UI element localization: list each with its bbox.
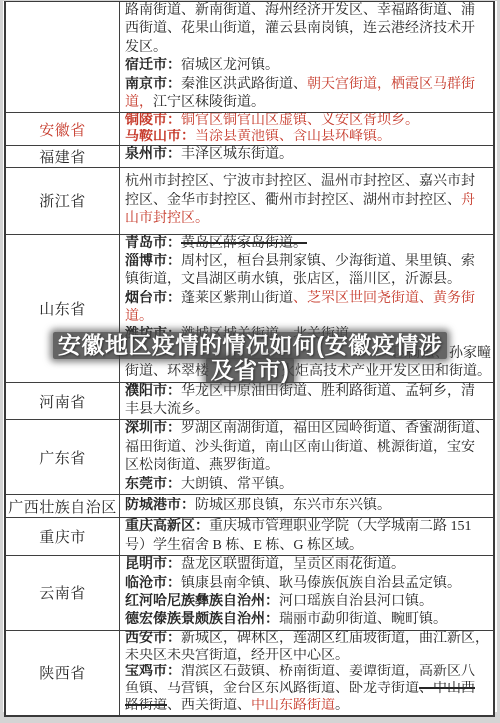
- text-segment: 泉州市：: [125, 147, 181, 162]
- text-segment: 杭州市封控区、宁波市封控区、温州市封控区、嘉兴市封: [125, 174, 475, 189]
- text-line: 道，江宁区秣陵街道。: [125, 94, 491, 112]
- text-segment: 德宏傣族景颇族自治州：: [125, 612, 279, 627]
- article-title-overlay: 安徽地区疫情的情况如何(安徽疫情涉 及省市): [0, 332, 500, 383]
- text-line: 烟台市：蓬莱区紫荆山街道、芝罘区世回尧街道、黄务街: [125, 290, 491, 308]
- text-segment: 淄博市：: [125, 254, 181, 269]
- text-segment: 昆明市：: [125, 557, 181, 572]
- text-segment: 防城区那良镇，东兴市东兴镇。: [195, 498, 391, 513]
- table-row: 广西壮族自治区防城港市：防城区那良镇，东兴市东兴镇。: [6, 494, 493, 517]
- text-segment: 区松岗街道、燕罗街道。: [125, 458, 279, 473]
- text-segment: 临沧市：: [125, 576, 181, 591]
- region-detail-cell: 西安市：新城区，碑林区，莲湖区红庙坡街道，曲江新区，未央区未央宫街道，经开区中心…: [120, 631, 493, 715]
- text-segment: 重庆高新区：: [125, 519, 209, 534]
- text-line: 临沧市：镇康县南伞镇、耿马傣族佤族自治县孟定镇。: [125, 575, 491, 593]
- article-title-line2: 及省市): [206, 358, 295, 383]
- text-segment: 山市封控区。: [125, 211, 209, 226]
- province-cell: 云南省: [6, 556, 120, 630]
- text-segment: 铜陵市：: [125, 113, 181, 128]
- text-segment: 朝天宫街道，栖霞区马群街: [307, 77, 475, 92]
- text-line: 镇街道，文昌湖区萌水镇，张店区，淄川区，沂源县。: [125, 271, 491, 289]
- region-detail-cell: 防城港市：防城区那良镇，东兴市东兴镇。: [120, 495, 493, 517]
- text-line: 丰县大流乡。: [125, 401, 491, 419]
- text-segment: 宿迁市：: [125, 58, 181, 73]
- text-line: 号）学生宿舍 B 栋、E 栋、G 栋区域。: [125, 537, 491, 555]
- text-segment: 未央区未央宫街道，经开区中心区。: [125, 648, 349, 663]
- province-cell: 广西壮族自治区: [6, 495, 120, 517]
- text-segment: 镇康县南伞镇、耿马傣族佤族自治县孟定镇。: [181, 576, 461, 591]
- text-line: 防城港市：防城区那良镇，东兴市东兴镇。: [125, 497, 491, 515]
- text-segment: 。: [335, 698, 349, 713]
- text-line: 南京市：秦淮区洪武路街道、朝天宫街道，栖霞区马群街: [125, 76, 491, 94]
- text-line: 重庆高新区：重庆城市管理职业学院（大学城南二路 151: [125, 518, 491, 536]
- text-segment: 舟: [461, 193, 475, 208]
- text-line: 青岛市：黄岛区薛家岛街道。: [125, 235, 491, 253]
- text-line: 铜陵市：铜官区铜官山区虚镇、义安区胥坝乡。: [125, 113, 491, 129]
- text-line: 马鞍山市：当涂县黄池镇、含山县环峰镇。: [125, 129, 491, 145]
- text-line: 宝鸡市：渭滨区石鼓镇、桥南街道、姜谭街道，高新区八: [125, 664, 491, 681]
- province-cell: 重庆市: [6, 518, 120, 555]
- region-detail-cell: 深圳市：罗湖区南湖街道，福田区园岭街道、香蜜湖街道、福田街道、沙头街道，南山区南…: [120, 420, 493, 494]
- text-line: 濮阳市：华龙区中原油田街道、胜利路街道、孟轲乡，清: [125, 383, 491, 401]
- text-segment: 南京市：: [125, 77, 181, 92]
- text-segment: 盘龙区联盟街道，呈贡区雨花街道。: [181, 557, 405, 572]
- region-detail-cell: 濮阳市：华龙区中原油田街道、胜利路街道、孟轲乡，清丰县大流乡。: [120, 383, 493, 420]
- province-cell: 河南省: [6, 383, 120, 420]
- text-line: 控区、金华市封控区、衢州市封控区、湖州市封控区、舟: [125, 192, 491, 210]
- text-segment: 、西关街道、: [167, 698, 251, 713]
- text-segment: 鱼镇、马营镇，金台区东风路街道、卧龙寺街道: [125, 681, 419, 696]
- text-line: 道。: [125, 308, 491, 326]
- table-row: 广东省深圳市：罗湖区南湖街道，福田区园岭街道、香蜜湖街道、福田街道、沙头街道，南…: [6, 419, 493, 494]
- text-segment: 路南街道、新南街道、海州经济开发区、幸福路街道、浦: [125, 3, 475, 18]
- text-segment: 路街道: [125, 698, 167, 713]
- text-segment: 大朗镇、常平镇。: [181, 477, 293, 492]
- text-line: 福田街道、沙头街道，南山区南山街道、桃源街道，宝安: [125, 439, 491, 457]
- text-line: 鱼镇、马营镇，金台区东风路街道、卧龙寺街道、中山西: [125, 681, 491, 698]
- province-cell: 广东省: [6, 420, 120, 494]
- text-segment: 新城区，碑林区，莲湖区红庙坡街道，曲江新区，: [181, 631, 489, 646]
- table-row: 重庆市重庆高新区：重庆城市管理职业学院（大学城南二路 151号）学生宿舍 B 栋…: [6, 517, 493, 555]
- text-segment: 烟台市：: [125, 291, 181, 306]
- text-segment: 丰县大流乡。: [125, 402, 209, 417]
- province-cell: 安徽省: [6, 113, 120, 145]
- region-detail-cell: 路南街道、新南街道、海州经济开发区、幸福路街道、浦西街道、花果山街道，灌云县南岗…: [120, 2, 493, 112]
- region-detail-cell: 杭州市封控区、宁波市封控区、温州市封控区、嘉兴市封控区、金华市封控区、衢州市封控…: [120, 168, 493, 233]
- text-line: 西安市：新城区，碑林区，莲湖区红庙坡街道，曲江新区，: [125, 631, 491, 648]
- article-title-line1: 安徽地区疫情的情况如何(安徽疫情涉: [53, 332, 447, 359]
- text-line: 区松岗街道、燕罗街道。: [125, 457, 491, 475]
- text-segment: 罗湖区南湖街道，福田区园岭街道、香蜜湖街道、: [181, 421, 489, 436]
- text-segment: 深圳市：: [125, 421, 181, 436]
- text-line: 淄博市：周村区，桓台县荆家镇、少海街道、果里镇、索: [125, 253, 491, 271]
- text-line: 泉州市：丰泽区城东街道。: [125, 146, 491, 164]
- page: { "colors": { "accent_red": "#c6392a", "…: [0, 0, 500, 723]
- table-row: 陕西省西安市：新城区，碑林区，莲湖区红庙坡街道，曲江新区，未央区未央宫街道，经开…: [6, 630, 493, 715]
- text-line: 西街道、花果山街道，灌云县南岗镇，连云港经济技术开: [125, 20, 491, 38]
- region-detail-cell: 铜陵市：铜官区铜官山区虚镇、义安区胥坝乡。马鞍山市：当涂县黄池镇、含山县环峰镇。: [120, 113, 493, 145]
- text-segment: 宝鸡市：: [125, 664, 181, 679]
- text-segment: 镇街道，文昌湖区萌水镇，张店区，淄川区，沂源县。: [125, 272, 461, 287]
- text-segment: 秦淮区洪武路街道、: [181, 77, 307, 92]
- text-segment: 丰泽区城东街道。: [181, 147, 293, 162]
- table-row: 河南省濮阳市：华龙区中原油田街道、胜利路街道、孟轲乡，清丰县大流乡。: [6, 382, 493, 420]
- text-segment: 渭滨区石鼓镇、桥南街道、姜谭街道，高新区八: [181, 664, 475, 679]
- text-segment: 红河哈尼族彝族自治州：: [125, 594, 279, 609]
- text-segment: 西街道、花果山街道，灌云县南岗镇，连云港经济技术开: [125, 21, 475, 36]
- text-segment: 瑞丽市勐卯街道、畹町镇。: [279, 612, 447, 627]
- text-line: 杭州市封控区、宁波市封控区、温州市封控区、嘉兴市封: [125, 173, 491, 191]
- province-cell: 浙江省: [6, 168, 120, 233]
- text-segment: 华龙区中原油田街道、胜利路街道、孟轲乡，清: [181, 384, 475, 399]
- table-row: 福建省泉州市：丰泽区城东街道。: [6, 145, 493, 167]
- text-segment: 重庆城市管理职业学院（大学城南二路 151: [209, 519, 472, 534]
- text-segment: 蓬莱区紫荆山街道: [181, 291, 293, 306]
- region-detail-cell: 泉州市：丰泽区城东街道。: [120, 146, 493, 167]
- table-row: 云南省昆明市：盘龙区联盟街道，呈贡区雨花街道。临沧市：镇康县南伞镇、耿马傣族佤族…: [6, 555, 493, 630]
- text-segment: 防城港市：: [125, 498, 195, 513]
- text-line: 红河哈尼族彝族自治州：河口瑶族自治县河口镇。: [125, 593, 491, 611]
- text-line: 路南街道、新南街道、海州经济开发区、幸福路街道、浦: [125, 2, 491, 20]
- text-segment: 发区。: [125, 40, 167, 55]
- text-segment: 福田街道、沙头街道，南山区南山街道、桃源街道，宝安: [125, 440, 475, 455]
- text-line: 发区。: [125, 39, 491, 57]
- text-segment: 濮阳市：: [125, 384, 181, 399]
- text-segment: 道。: [125, 309, 153, 324]
- table-row: 浙江省杭州市封控区、宁波市封控区、温州市封控区、嘉兴市封控区、金华市封控区、衢州…: [6, 167, 493, 233]
- region-detail-cell: 昆明市：盘龙区联盟街道，呈贡区雨花街道。临沧市：镇康县南伞镇、耿马傣族佤族自治县…: [120, 556, 493, 630]
- text-line: 宿迁市：宿城区龙河镇。: [125, 57, 491, 75]
- text-segment: 马鞍山市：: [125, 129, 195, 144]
- text-segment: 控区、金华市封控区、衢州市封控区、湖州市封控区、: [125, 193, 461, 208]
- text-segment: 黄岛区薛家岛街道。: [181, 236, 307, 251]
- table-row: 路南街道、新南街道、海州经济开发区、幸福路街道、浦西街道、花果山街道，灌云县南岗…: [6, 2, 493, 112]
- text-line: 山市封控区。: [125, 210, 491, 228]
- text-line: 未央区未央宫街道，经开区中心区。: [125, 648, 491, 665]
- text-segment: 河口瑶族自治县河口镇。: [279, 594, 433, 609]
- province-cell: 福建省: [6, 146, 120, 167]
- text-segment: 当涂县黄池镇、含山县环峰镇。: [195, 129, 391, 144]
- text-segment: 号）学生宿舍 B 栋、E 栋、G 栋区域。: [125, 538, 363, 553]
- province-cell: 陕西省: [6, 631, 120, 715]
- text-line: 路街道、西关街道、中山东路街道。: [125, 698, 491, 715]
- region-detail-cell: 重庆高新区：重庆城市管理职业学院（大学城南二路 151号）学生宿舍 B 栋、E …: [120, 518, 493, 555]
- text-segment: 青岛市：: [125, 236, 181, 251]
- text-segment: 铜官区铜官山区虚镇、义安区胥坝乡。: [181, 113, 419, 128]
- text-line: 德宏傣族景颇族自治州：瑞丽市勐卯街道、畹町镇。: [125, 611, 491, 629]
- text-line: 东莞市：大朗镇、常平镇。: [125, 476, 491, 494]
- text-segment: 中山东路街道: [251, 698, 335, 713]
- text-segment: 道，: [125, 95, 153, 110]
- text-line: 深圳市：罗湖区南湖街道，福田区园岭街道、香蜜湖街道、: [125, 420, 491, 438]
- text-segment: 西安市：: [125, 631, 181, 646]
- text-line: 昆明市：盘龙区联盟街道，呈贡区雨花街道。: [125, 556, 491, 574]
- table-row: 安徽省铜陵市：铜官区铜官山区虚镇、义安区胥坝乡。马鞍山市：当涂县黄池镇、含山县环…: [6, 112, 493, 145]
- province-cell: [6, 2, 120, 112]
- text-segment: 周村区，桓台县荆家镇、少海街道、果里镇、索: [181, 254, 475, 269]
- text-segment: 东莞市：: [125, 477, 181, 492]
- text-segment: 、芝罘区世回尧街道、黄务街: [293, 291, 475, 306]
- text-segment: 江宁区秣陵街道。: [153, 95, 265, 110]
- text-segment: 宿城区龙河镇。: [181, 58, 279, 73]
- text-segment: 、中山西: [419, 681, 475, 696]
